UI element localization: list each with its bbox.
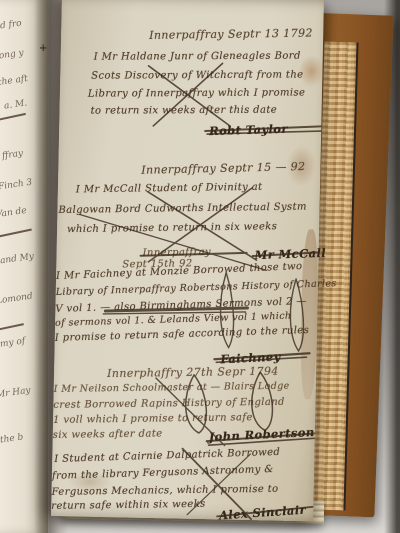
facing-page-text-fragment: the aft: [0, 74, 28, 88]
entry-5-line: from the library Fergusons Astronomy &: [52, 464, 274, 482]
entry-2-heading: Innerpaffray Septr 15 — 92: [141, 160, 305, 177]
manuscript-page: Innerpaffray Septr 13 1792 I Mr Haldane …: [51, 0, 324, 521]
entry-1-line: to return six weeks after this date: [91, 105, 278, 117]
facing-page-text-fragment: ffray: [1, 149, 23, 162]
facing-page-text-fragment: the b: [0, 432, 24, 445]
ink-stroke: [0, 113, 26, 121]
facing-page-text-fragment: Finch 3: [0, 178, 33, 193]
entry-4-heading: Innerphaffry 27th Sepr 1794: [107, 365, 279, 380]
entry-1-line: I Mr Haldane Junr of Gleneagles Bord: [94, 51, 301, 63]
facing-page-text-fragment: Mr Hay: [0, 386, 31, 401]
entry-5-signature: Alex Sinclair: [219, 503, 307, 523]
entry-2-line: Balgowan Bord Cudworths Intellectual Sys…: [58, 202, 307, 216]
margin-plus-mark: +: [39, 43, 47, 54]
entry-5-line: Fergusons Mechanics, which I promise to: [51, 484, 278, 498]
entry-1-heading: Innerpaffray Septr 13 1792: [149, 27, 313, 42]
entry-2-signature: Mr McCall: [254, 246, 326, 262]
entry-3-line: I promise to return safe according to th…: [55, 325, 310, 344]
entry-2-line: I Mr McCall Student of Divinity at: [76, 182, 263, 196]
facing-page-text-fragment: d fro: [0, 19, 22, 32]
facing-page-text-fragment: Lomond: [0, 291, 33, 306]
entry-2-struck-place: Innerpaffray: [143, 247, 212, 259]
facing-page-text-fragment: and My: [0, 252, 35, 267]
entry-4-line: 1 voll which I promise to return safe: [53, 412, 253, 426]
ink-stroke: [0, 228, 32, 237]
ink-stroke: [0, 323, 24, 331]
facing-page-text-fragment: Van de: [0, 206, 27, 220]
entry-5-line: return safe within six weeks: [51, 499, 206, 512]
entry-3-line: Library of Innerpaffray Robertsons Histo…: [56, 278, 337, 298]
facing-page-text-fragment: my of: [0, 336, 26, 349]
entry-1-signature: Robt Taylor: [209, 122, 288, 138]
facing-page-text-fragment: long y: [0, 48, 24, 62]
entry-4-signature: John Robertson: [208, 425, 314, 444]
entry-4-line: six weeks after date: [53, 428, 163, 441]
entry-2-line: which I promise to return in six weeks: [67, 221, 277, 235]
facing-page-text-fragment: a. M.: [3, 98, 27, 111]
photo-of-manuscript-ledger: d fro long y the aft a. M. ffray Finch 3…: [0, 0, 400, 533]
entry-1-line: Scots Discovery of Witchcraft from the: [91, 70, 303, 82]
entry-1-line: Library of Innerpaffray which I promise: [88, 87, 305, 99]
entry-4-line: crest Borrowed Rapins History of England: [53, 397, 285, 411]
entry-5-line: I Student at Cairnie Dalpatrick Borrowed: [54, 447, 280, 465]
entry-4-line: I Mr Neilson Schoolmaster at — Blairs Lo…: [54, 381, 290, 395]
